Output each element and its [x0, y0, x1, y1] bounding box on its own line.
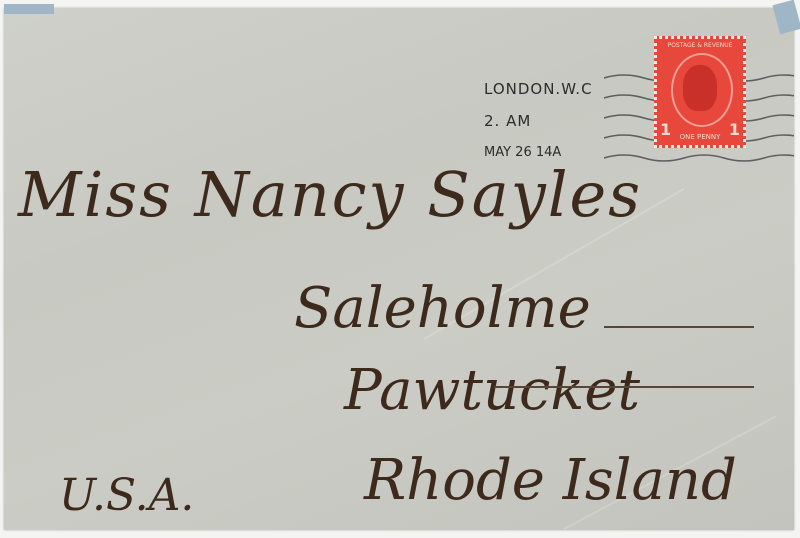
blue-paper-tab-right	[772, 0, 800, 34]
king-portrait-icon	[683, 65, 717, 111]
underline	[604, 326, 754, 328]
stamp-top-text: POSTAGE & REVENUE	[661, 42, 739, 49]
stamp-value-text: ONE PENNY	[675, 133, 725, 141]
postage-stamp: POSTAGE & REVENUE 1 1 ONE PENNY	[654, 36, 746, 148]
envelope: LONDON.W.C 2. AM MAY 26 14A POSTAGE & RE…	[4, 8, 794, 530]
stamp-denomination-left: 1	[660, 120, 671, 139]
underline	[494, 386, 754, 388]
address-state: Rhode Island	[364, 448, 737, 513]
postmark-city: LONDON.W.C	[484, 82, 593, 97]
address-street: Saleholme	[294, 276, 591, 341]
stamp-denomination-right: 1	[729, 120, 740, 139]
address-city: Pawtucket	[344, 358, 640, 423]
blue-paper-tab-left	[4, 4, 54, 14]
recipient-name: Miss Nancy Sayles	[18, 158, 642, 231]
postmark-time: 2. AM	[484, 114, 593, 129]
address-country: U.S.A.	[59, 470, 194, 521]
